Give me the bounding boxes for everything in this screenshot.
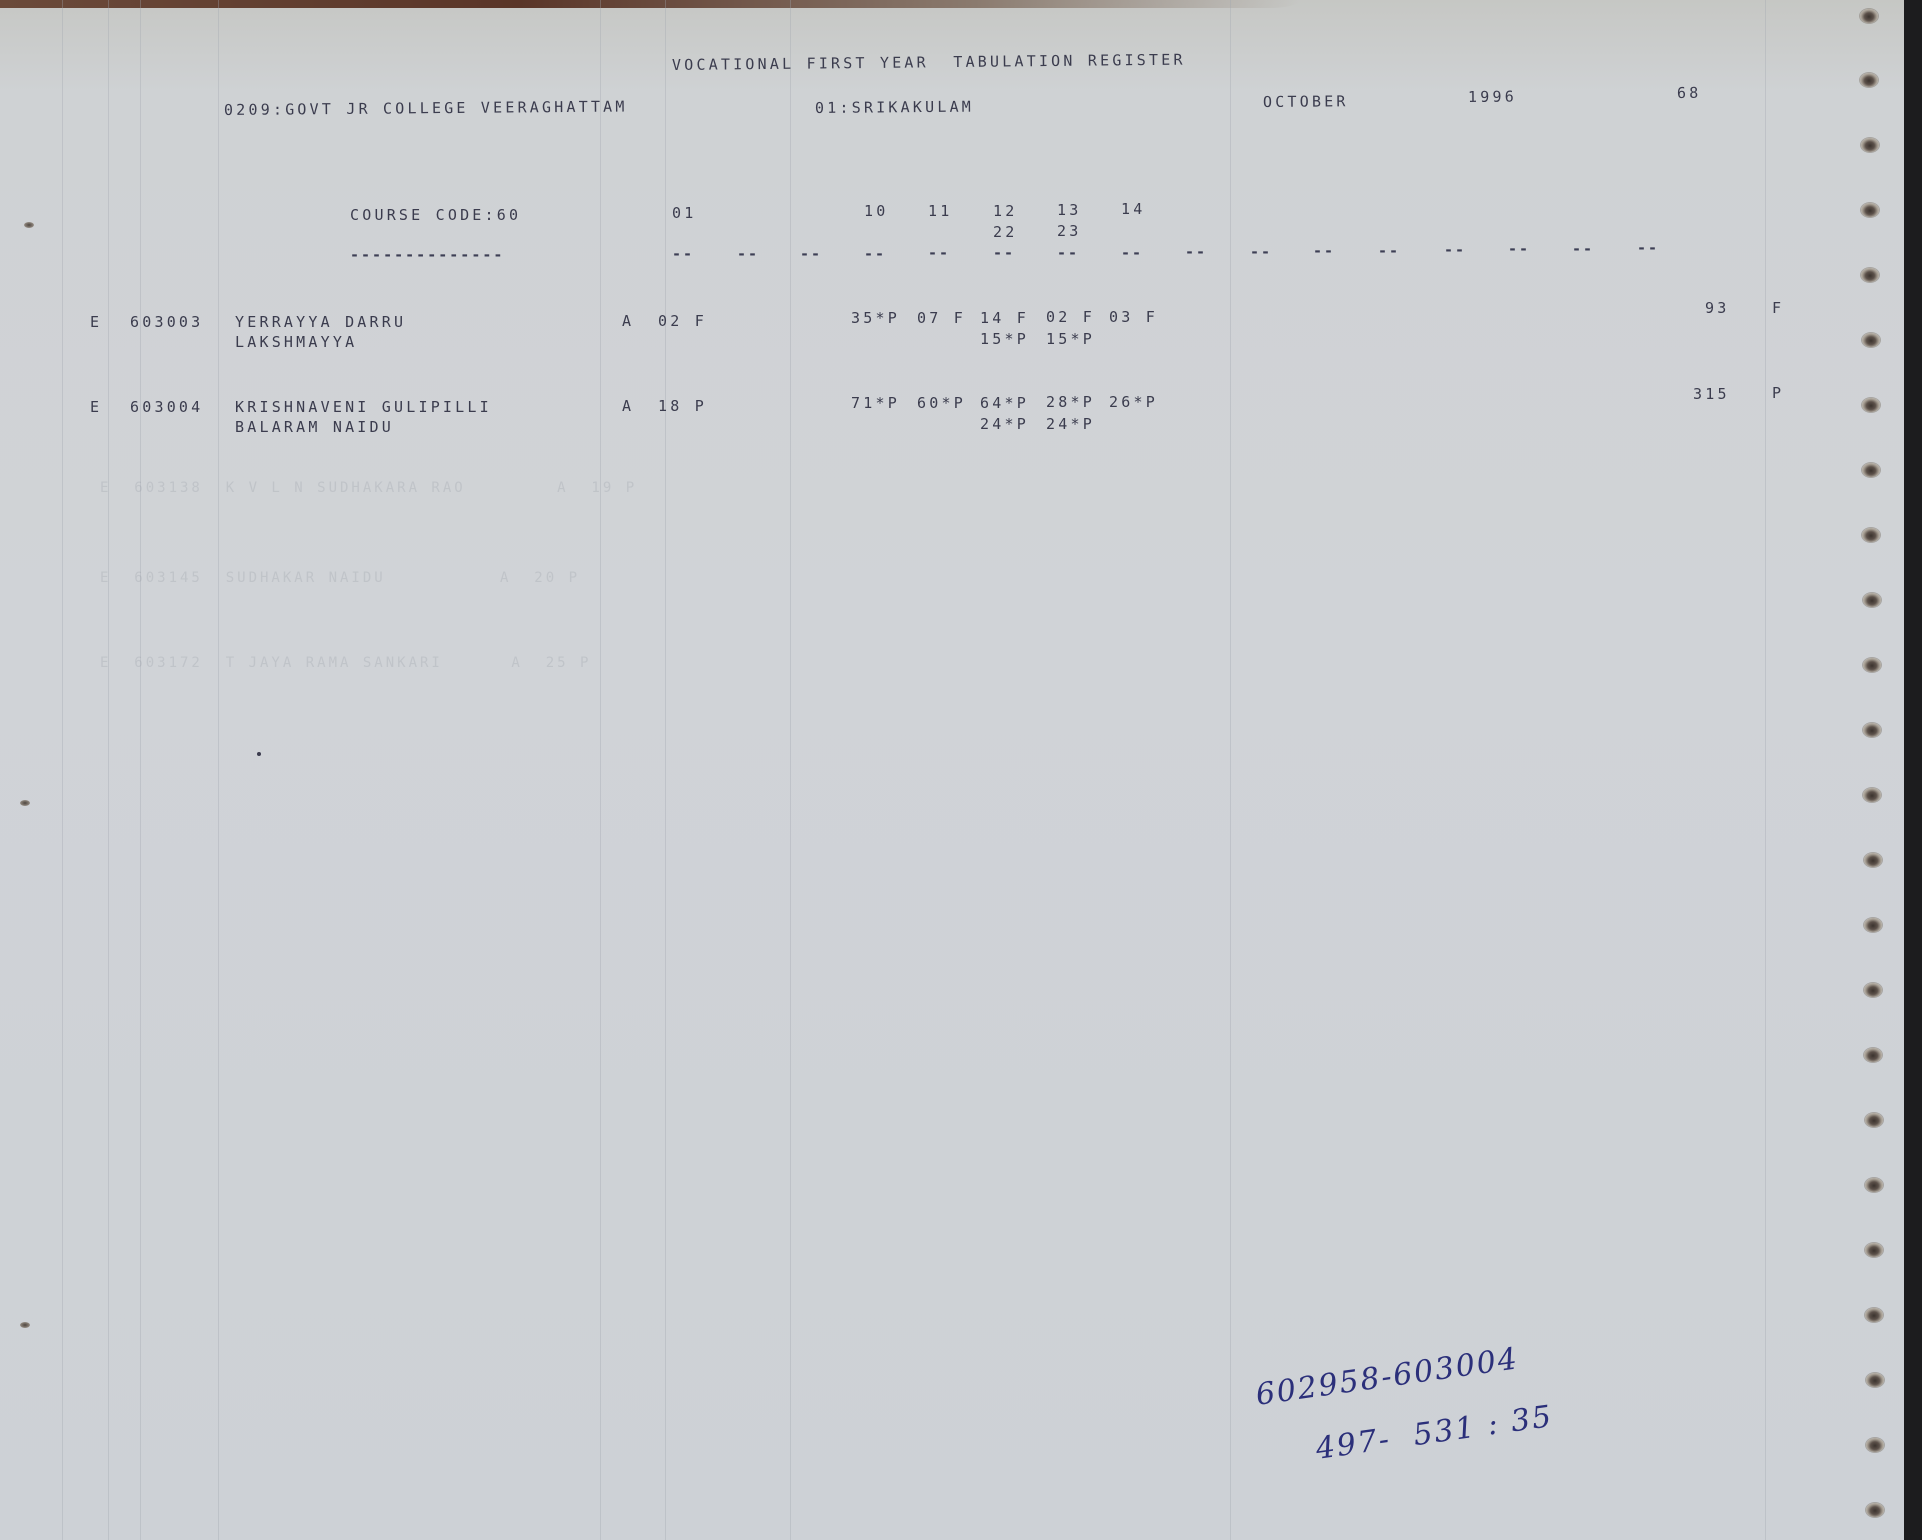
feed-hole <box>1864 853 1882 867</box>
handwritten-count: 497- 531 : 35 <box>1314 1399 1556 1467</box>
subject-mark: 15*P <box>1046 330 1095 348</box>
subject-code: 22 <box>993 223 1017 241</box>
ruling-line <box>1230 0 1231 1540</box>
feed-hole <box>1865 1308 1883 1322</box>
feed-hole <box>1866 1438 1884 1452</box>
feed-hole <box>1861 268 1879 282</box>
roll-number: 603004 <box>130 398 203 416</box>
punch-mark <box>20 1322 30 1328</box>
category: E <box>90 398 102 416</box>
tractor-feed-strip <box>1818 0 1904 1540</box>
feed-hole <box>1864 983 1882 997</box>
subject-mark: 24*P <box>980 415 1029 433</box>
column-dashes: -- <box>1572 240 1594 258</box>
feed-hole <box>1866 1373 1884 1387</box>
subject-mark: 26*P <box>1109 393 1158 411</box>
subject-mark: 28*P <box>1046 393 1095 411</box>
column-dashes: -- <box>1444 241 1466 259</box>
subject-code: 23 <box>1057 222 1081 240</box>
register-title: VOCATIONAL FIRST YEAR TABULATION REGISTE… <box>672 51 1186 74</box>
feed-hole <box>1862 528 1880 542</box>
medium: A <box>622 397 634 415</box>
column-dashes: -- <box>1313 242 1335 260</box>
punch-mark <box>20 800 30 806</box>
subject-mark: 71*P <box>851 394 900 412</box>
column-dashes: -- <box>1637 239 1659 257</box>
medium: A <box>622 312 634 330</box>
subject-mark: 02 F <box>1046 308 1095 326</box>
college-name: 0209:GOVT JR COLLEGE VEERAGHATTAM <box>224 97 628 119</box>
feed-hole <box>1861 203 1879 217</box>
feed-hole <box>1864 1048 1882 1062</box>
subject-mark: 64*P <box>980 394 1029 412</box>
part1-mark: 02 F <box>658 312 707 330</box>
ruling-line <box>1765 0 1766 1540</box>
student-name: YERRAYYA DARRU <box>235 313 406 331</box>
feed-hole <box>1862 398 1880 412</box>
exam-month: OCTOBER <box>1263 92 1349 111</box>
bleed-through-text: E 603138 K V L N SUDHAKARA RAO A 19 P <box>100 480 637 496</box>
category: E <box>90 313 102 331</box>
column-dashes: -- <box>1508 240 1530 258</box>
feed-hole <box>1863 658 1881 672</box>
feed-hole <box>1863 593 1881 607</box>
column-dashes: -- <box>1378 242 1400 260</box>
subject-mark: 24*P <box>1046 415 1095 433</box>
ruling-line <box>108 0 109 1540</box>
column-dashes: -- <box>928 244 950 262</box>
handwritten-roll-range: 602958-603004 <box>1254 1341 1521 1413</box>
course-code-label: COURSE CODE:60 <box>350 206 521 224</box>
result: P <box>1772 384 1784 402</box>
feed-hole <box>1862 463 1880 477</box>
subject-mark: 03 F <box>1109 308 1158 326</box>
column-dashes: -- <box>993 244 1015 262</box>
column-dashes: -- <box>1185 243 1207 261</box>
column-dashes: -- <box>1121 244 1143 262</box>
total-marks: 93 <box>1705 299 1729 317</box>
subject-mark: 14 F <box>980 309 1029 327</box>
page-number: 68 <box>1677 84 1702 102</box>
feed-hole <box>1864 918 1882 932</box>
course-code-underline: -------------- <box>350 246 504 264</box>
feed-hole <box>1865 1113 1883 1127</box>
punch-mark <box>24 222 34 228</box>
feed-hole <box>1861 138 1879 152</box>
column-dashes: -- <box>1250 243 1272 261</box>
subject-code: 01 <box>672 204 696 222</box>
bleed-through-text: E 603145 SUDHAKAR NAIDU A 20 P <box>100 570 580 586</box>
subject-code: 13 <box>1057 201 1081 219</box>
subject-code: 10 <box>864 202 888 220</box>
bleed-through-text: E 603172 T JAYA RAMA SANKARI A 25 P <box>100 655 591 671</box>
column-dashes: -- <box>864 245 886 263</box>
parent-name: BALARAM NAIDU <box>235 418 394 436</box>
subject-mark: 07 F <box>917 309 966 327</box>
result: F <box>1772 299 1784 317</box>
column-dashes: -- <box>737 245 759 263</box>
column-dashes: -- <box>800 245 822 263</box>
ruling-line <box>62 0 63 1540</box>
part1-mark: 18 P <box>658 397 707 415</box>
subject-code: 11 <box>928 202 952 220</box>
student-name: KRISHNAVENI GULIPILLI <box>235 398 492 416</box>
feed-hole <box>1863 723 1881 737</box>
parent-name: LAKSHMAYYA <box>235 333 357 351</box>
district-name: 01:SRIKAKULAM <box>815 98 974 117</box>
paper-top-edge <box>0 0 1300 8</box>
subject-mark: 35*P <box>851 309 900 327</box>
subject-mark: 60*P <box>917 394 966 412</box>
subject-code: 12 <box>993 202 1017 220</box>
ruling-line <box>790 0 791 1540</box>
subject-code: 14 <box>1121 200 1145 218</box>
feed-hole <box>1863 788 1881 802</box>
feed-hole <box>1865 1178 1883 1192</box>
subject-mark: 15*P <box>980 330 1029 348</box>
ruling-line <box>218 0 219 1540</box>
total-marks: 315 <box>1693 385 1730 403</box>
feed-hole <box>1860 9 1878 23</box>
feed-hole <box>1866 1503 1884 1517</box>
register-sheet: E 603138 K V L N SUDHAKARA RAO A 19 P E … <box>0 0 1904 1540</box>
ruling-line <box>665 0 666 1540</box>
column-dashes: -- <box>1057 244 1079 262</box>
ruling-line <box>600 0 601 1540</box>
feed-hole <box>1860 73 1878 87</box>
ink-dot <box>257 752 261 756</box>
exam-year: 1996 <box>1468 88 1517 106</box>
feed-hole <box>1862 333 1880 347</box>
feed-hole <box>1865 1243 1883 1257</box>
column-dashes: -- <box>672 245 694 263</box>
roll-number: 603003 <box>130 313 203 331</box>
ruling-line <box>140 0 141 1540</box>
